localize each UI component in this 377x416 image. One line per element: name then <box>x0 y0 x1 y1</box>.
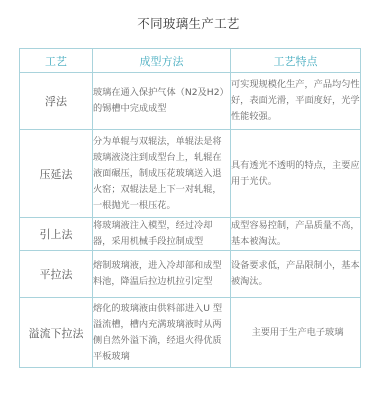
column-header-process: 工艺 <box>20 49 93 73</box>
table-header-row: 工艺 成型方法 工艺特点 <box>20 49 361 73</box>
process-name: 引上法 <box>20 218 93 251</box>
table-row: 引上法 将玻璃液注入模型，经过冷却器，采用机械手段拉制成型 成型容易控制，产品质… <box>20 218 361 251</box>
table-row: 溢流下拉法 熔化的玻璃液由供料部进入U 型溢流槽，槽内充满玻璃液时从两侧自然外溢… <box>20 298 361 368</box>
table-row: 浮法 玻璃在通入保护气体（N2及H2）的锡槽中完成成型 可实现规模化生产，产品均… <box>20 73 361 130</box>
column-header-feature: 工艺特点 <box>231 49 361 73</box>
page-title: 不同玻璃生产工艺 <box>0 14 377 32</box>
process-name: 压延法 <box>20 130 93 218</box>
process-feature: 主要用于生产电子玻璃 <box>231 298 361 368</box>
process-name: 平拉法 <box>20 251 93 298</box>
process-feature: 设备要求低，产品限制小，基本被淘汰。 <box>231 251 361 298</box>
column-header-method: 成型方法 <box>93 49 231 73</box>
forming-method: 熔化的玻璃液由供料部进入U 型溢流槽，槽内充满玻璃液时从两侧自然外溢下淌，经退火… <box>93 298 231 368</box>
process-name: 浮法 <box>20 73 93 130</box>
forming-method: 熔制玻璃液，进入冷却部和成型料池，降温后拉边机拉引定型 <box>93 251 231 298</box>
table-row: 平拉法 熔制玻璃液，进入冷却部和成型料池，降温后拉边机拉引定型 设备要求低，产品… <box>20 251 361 298</box>
glass-process-table: 工艺 成型方法 工艺特点 浮法 玻璃在通入保护气体（N2及H2）的锡槽中完成成型… <box>19 48 361 368</box>
process-feature: 成型容易控制，产品质量不高，基本被淘汰。 <box>231 218 361 251</box>
process-feature: 具有透光不透明的特点，主要应用于光伏。 <box>231 130 361 218</box>
forming-method: 将玻璃液注入模型，经过冷却器，采用机械手段拉制成型 <box>93 218 231 251</box>
forming-method: 玻璃在通入保护气体（N2及H2）的锡槽中完成成型 <box>93 73 231 130</box>
process-feature: 可实现规模化生产，产品均匀性好，表面光滑，平面度好，光学性能较强。 <box>231 73 361 130</box>
process-name: 溢流下拉法 <box>20 298 93 368</box>
table-row: 压延法 分为单辊与双辊法，单辊法是将玻璃液浇注到成型台上，轧辊在液面碾压，制成压… <box>20 130 361 218</box>
forming-method: 分为单辊与双辊法，单辊法是将玻璃液浇注到成型台上，轧辊在液面碾压，制成压花玻璃送… <box>93 130 231 218</box>
